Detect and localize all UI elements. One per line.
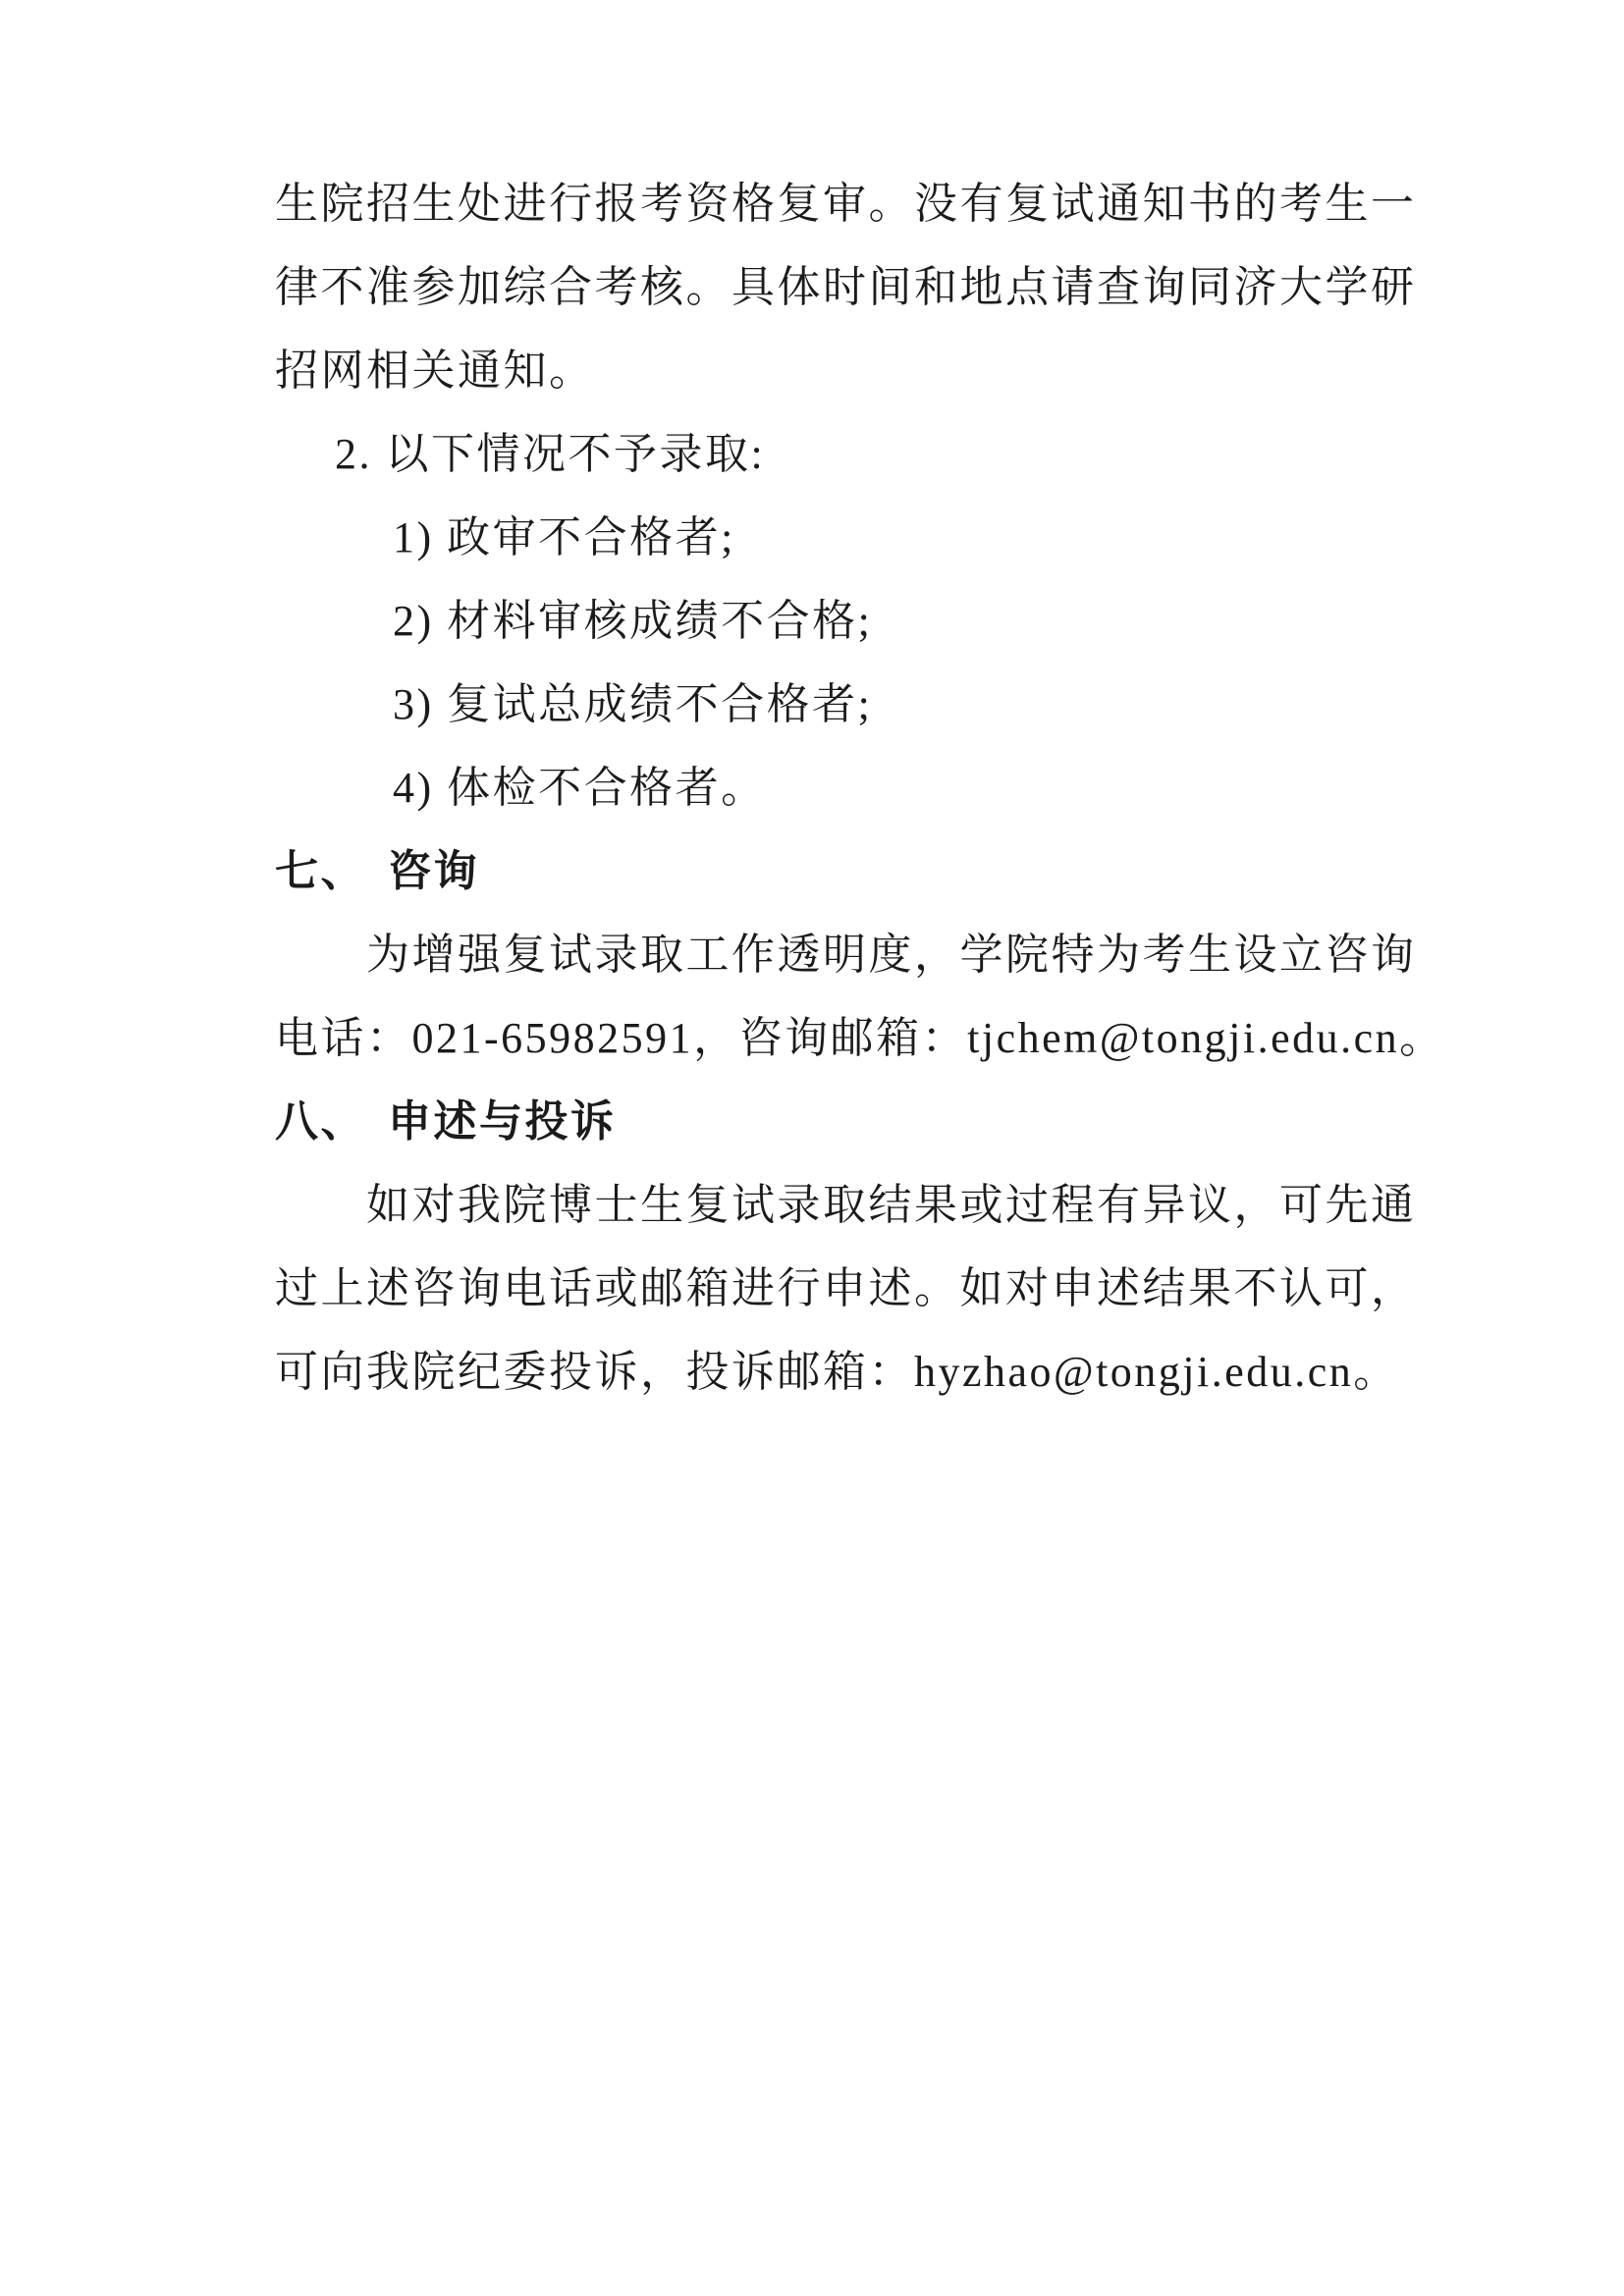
body-line-complaint-info: 可向我院纪委投诉，投诉邮箱：hyzhao@tongji.edu.cn。 [275, 1325, 1373, 1409]
section-title: 申述与投诉 [388, 1086, 617, 1148]
body-line: 为增强复试录取工作透明度，学院特为考生设立咨询 [275, 908, 1373, 991]
body-line: 律不准参加综合考核。具体时间和地点请查询同济大学研 [275, 240, 1373, 324]
section-heading-appeal: 八、申述与投诉 [275, 1075, 1373, 1158]
section-number: 七、 [275, 835, 388, 898]
list-item-level2: 3) 复试总成绩不合格者; [275, 658, 1373, 741]
list-item-level1: 2. 以下情况不予录取: [275, 407, 1373, 491]
list-item-level2: 1) 政审不合格者; [275, 491, 1373, 574]
body-line: 生院招生处进行报考资格复审。没有复试通知书的考生一 [275, 157, 1373, 240]
document-page: 生院招生处进行报考资格复审。没有复试通知书的考生一 律不准参加综合考核。具体时间… [0, 0, 1624, 2296]
section-heading-consultation: 七、咨询 [275, 825, 1373, 908]
body-line-contact-info: 电话：021-65982591，咨询邮箱：tjchem@tongji.edu.c… [275, 991, 1373, 1075]
body-line: 如对我院博士生复试录取结果或过程有异议，可先通 [275, 1158, 1373, 1242]
body-line: 过上述咨询电话或邮箱进行申述。如对申述结果不认可， [275, 1242, 1373, 1325]
list-item-level2: 2) 材料审核成绩不合格; [275, 574, 1373, 658]
section-title: 咨询 [388, 835, 479, 898]
list-item-level2: 4) 体检不合格者。 [275, 741, 1373, 825]
section-number: 八、 [275, 1086, 388, 1148]
body-line: 招网相关通知。 [275, 324, 1373, 407]
document-content: 生院招生处进行报考资格复审。没有复试通知书的考生一 律不准参加综合考核。具体时间… [275, 157, 1373, 1409]
